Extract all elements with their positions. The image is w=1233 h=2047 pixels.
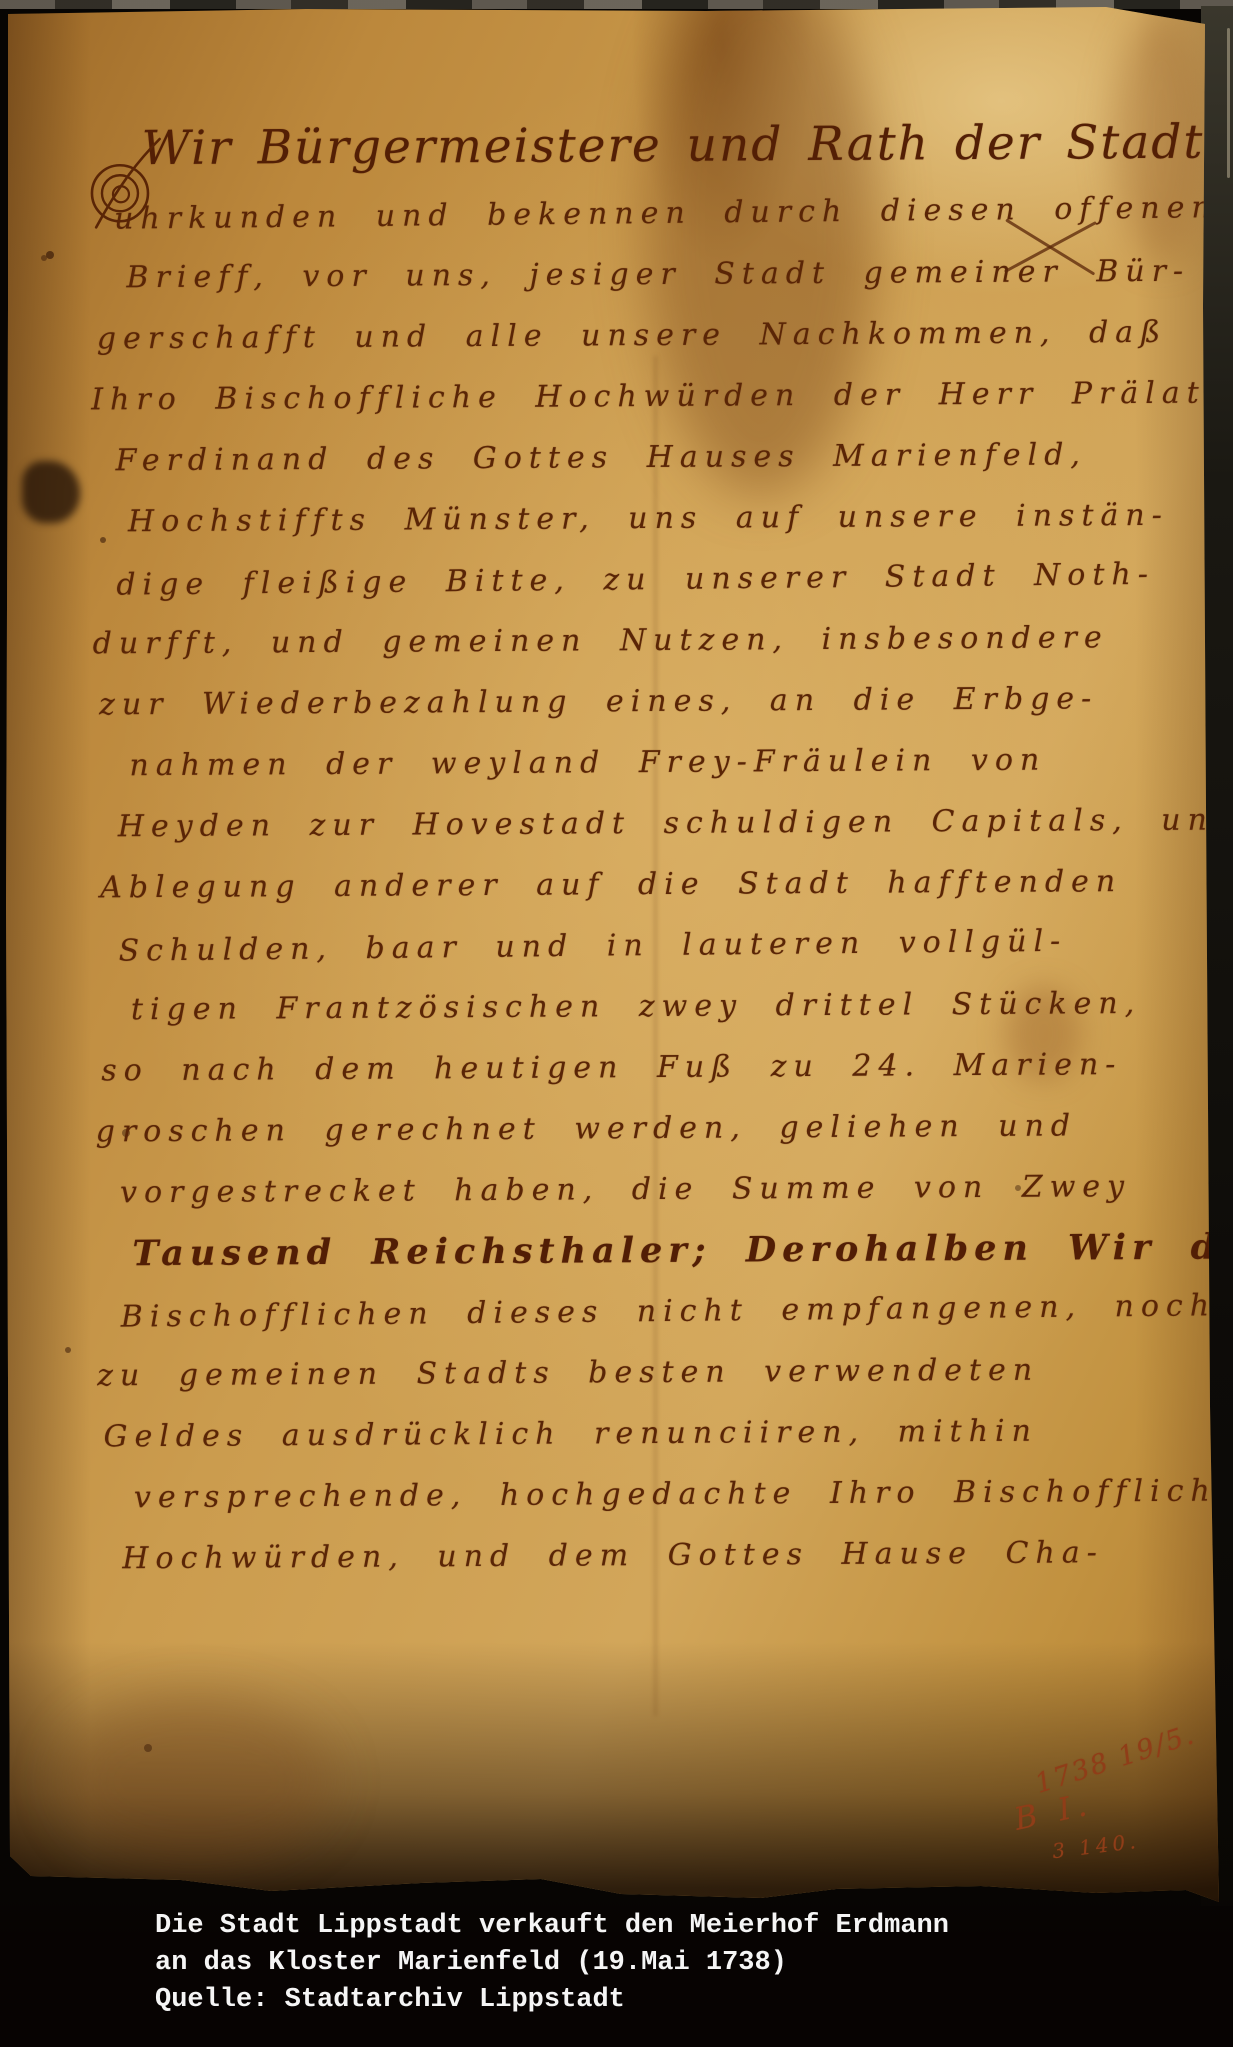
manuscript-line: Geldes ausdrücklich renunciiren, mithin [103, 1400, 1219, 1468]
manuscript-line: Bischofflichen dieses nicht empfangenen,… [121, 1275, 1220, 1347]
manuscript-line: groschen gerechnet werden, geliehen und [96, 1095, 1218, 1163]
manuscript-line: uhrkunden und bekennen durch diesen offe… [114, 177, 1213, 249]
manuscript-line: durfft, und gemeinen Nutzen, insbesonder… [93, 607, 1215, 675]
manuscript-line: nahmen der weyland Frey-Fräulein von [129, 729, 1215, 797]
manuscript-line: tigen Frantzösischen zwey drittel Stücke… [131, 973, 1217, 1041]
photo-caption: Die Stadt Lippstadt verkauft den Meierho… [155, 1908, 949, 2019]
manuscript-heading: Wir Bürgermeistere und Rath der Stadt Li… [142, 115, 1212, 177]
manuscript-line: so nach dem heutigen Fuß zu 24. Marien- [101, 1034, 1217, 1102]
manuscript-line: Ihro Bischoffliche Hochwürden der Herr P… [91, 363, 1213, 431]
manuscript-line: zu gemeinen Stadts besten verwendeten [97, 1339, 1219, 1407]
parchment-sheet: Wir Bürgermeistere und Rath der Stadt Li… [6, 6, 1220, 1908]
manuscript-line: Brieff, vor uns, jesiger Stadt gemeiner … [126, 241, 1212, 309]
manuscript-line: dige fleißige Bitte, zu unserer Stadt No… [116, 543, 1215, 615]
caption-line-3: Quelle: Stadtarchiv Lippstadt [155, 1982, 949, 2019]
manuscript-line: Schulden, baar und in lauteren vollgül- [118, 909, 1217, 981]
archive-photo: Wir Bürgermeistere und Rath der Stadt Li… [0, 0, 1233, 2047]
manuscript-line: Heyden zur Hovestadt schuldigen Capitals… [118, 790, 1216, 858]
manuscript-text: Wir Bürgermeistere und Rath der Stadt Li… [90, 115, 1221, 1590]
manuscript-body: uhrkunden und bekennen durch diesen offe… [90, 180, 1221, 1590]
manuscript-line: versprechende, hochgedachte Ihro Bischof… [134, 1461, 1220, 1529]
manuscript-line: Ferdinand des Gottes Hauses Marienfeld, [115, 424, 1213, 492]
manuscript-line: gerschafft und alle unsere Nachkommen, d… [97, 302, 1213, 370]
caption-line-1: Die Stadt Lippstadt verkauft den Meierho… [155, 1908, 949, 1945]
manuscript-line: vorgestrecket haben, die Summe von Zwey [120, 1156, 1218, 1224]
manuscript-line: Tausend Reichsthaler; Derohalben Wir der [132, 1217, 1218, 1285]
paper-edge-highlight [1227, 28, 1230, 178]
stain [61, 1696, 331, 1866]
manuscript-line: Hochwürden, und dem Gottes Hause Cha- [122, 1522, 1220, 1590]
archive-annotation-signature: B I. [1011, 1786, 1095, 1838]
manuscript-line: Hochstiffts Münster, uns auf unsere inst… [128, 485, 1214, 553]
manuscript-line: Ablegung anderer auf die Stadt hafftende… [100, 851, 1216, 919]
caption-line-2: an das Kloster Marienfeld (19.Mai 1738) [155, 1945, 949, 1982]
archive-annotation-date: 1738 19/5. [1031, 1719, 1199, 1800]
manuscript-line: zur Wiederbezahlung eines, an die Erbge- [99, 668, 1215, 736]
archive-annotation-number: 3 140. [1051, 1829, 1141, 1864]
ink-smudge [22, 461, 80, 523]
